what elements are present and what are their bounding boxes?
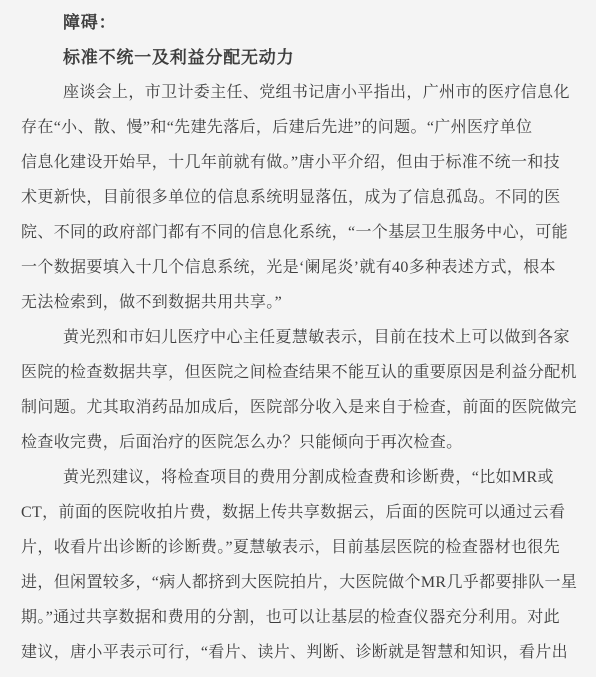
text-line: 检查收完费，后面治疗的医院怎么办？只能倾向于再次检查。 (21, 425, 578, 460)
text-line: 制问题。尤其取消药品加成后，医院部分收入是来自于检查，前面的医院做完 (21, 390, 578, 425)
text-line: 进，但闲置较多，“病人都挤到大医院拍片，大医院做个MR几乎都要排队一星 (21, 565, 578, 600)
text-line: 无法检索到，做不到数据共用共享。” (21, 285, 578, 320)
article-heading-kicker: 障碍： (21, 5, 578, 40)
text-line: 建议，唐小平表示可行，“看片、读片、判断、诊断就是智慧和知识，看片出 (21, 635, 578, 670)
text-line: 期。”通过共享数据和费用的分割，也可以让基层的检查仪器充分利用。对此 (21, 600, 578, 635)
paragraph-first-line: 黄光烈和市妇儿医疗中心主任夏慧敏表示，目前在技术上可以做到各家 (21, 320, 578, 355)
text-line: 一个数据要填入十几个信息系统，光是‘阑尾炎’就有40多种表述方式，根本 (21, 250, 578, 285)
paragraph-first-line: 座谈会上，市卫计委主任、党组书记唐小平指出，广州市的医疗信息化 (21, 75, 578, 110)
paragraph-first-line: 黄光烈建议，将检查项目的费用分割成检查费和诊断费，“比如MR或 (21, 460, 578, 495)
text-line: 存在“小、散、慢”和“先建先落后，后建后先进”的问题。“广州医疗单位 (21, 110, 578, 145)
text-line: 信息化建设开始早，十几年前就有做。”唐小平介绍，但由于标准不统一和技 (21, 145, 578, 180)
text-line: 术更新快，目前很多单位的信息系统明显落伍，成为了信息孤岛。不同的医 (21, 180, 578, 215)
article-body: 障碍： 标准不统一及利益分配无动力 座谈会上，市卫计委主任、党组书记唐小平指出，… (0, 0, 596, 670)
text-line: 片，收看片出诊断的诊断费。”夏慧敏表示，目前基层医院的检查器材也很先 (21, 530, 578, 565)
article-page: 障碍： 标准不统一及利益分配无动力 座谈会上，市卫计委主任、党组书记唐小平指出，… (0, 0, 596, 677)
article-paragraphs: 座谈会上，市卫计委主任、党组书记唐小平指出，广州市的医疗信息化存在“小、散、慢”… (21, 75, 578, 670)
text-line: CT，前面的医院收拍片费，数据上传共享数据云，后面的医院可以通过云看 (21, 495, 578, 530)
article-heading-title: 标准不统一及利益分配无动力 (21, 40, 578, 75)
text-line: 院、不同的政府部门都有不同的信息化系统，“一个基层卫生服务中心，可能 (21, 215, 578, 250)
text-line: 医院的检查数据共享，但医院之间检查结果不能互认的重要原因是利益分配机 (21, 355, 578, 390)
